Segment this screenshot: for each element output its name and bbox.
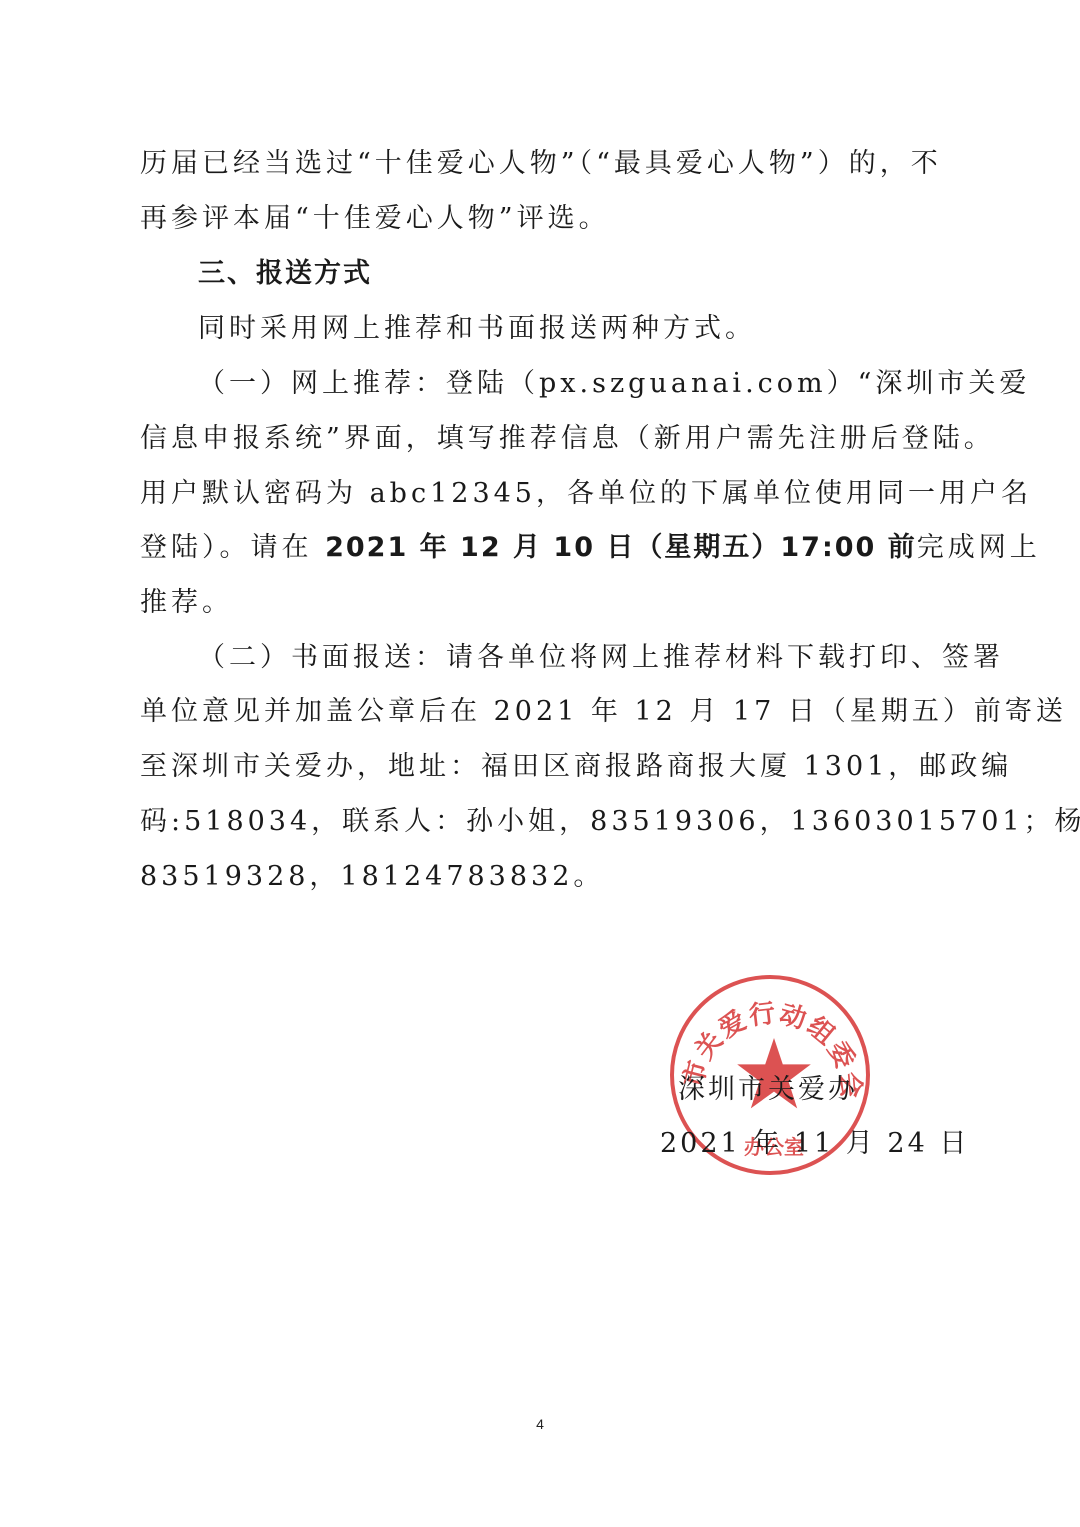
paragraph-line: 码:518034，联系人：孙小姐，83519306，13603015701；杨小… bbox=[140, 802, 940, 842]
paragraph-line: 登陆）。请在 2021 年 12 月 10 日（星期五）17:00 前完成网上 bbox=[140, 528, 940, 568]
paragraph-line: 至深圳市关爱办，地址：福田区商报路商报大厦 1301，邮政编 bbox=[140, 747, 940, 787]
paragraph-line: 信息申报系统”界面，填写推荐信息（新用户需先注册后登陆。 bbox=[140, 419, 940, 459]
signature-date: 2021 年 11 月 24 日 bbox=[660, 1124, 969, 1164]
document-page: 历届已经当选过“十佳爱心人物”（“最具爱心人物”）的，不 再参评本届“十佳爱心人… bbox=[0, 0, 1080, 1527]
text-segment: 登陆）。请在 bbox=[140, 532, 325, 563]
signature-org: 深圳市关爱办 bbox=[678, 1070, 858, 1110]
deadline-bold: 2021 年 12 月 10 日（星期五）17:00 前 bbox=[325, 532, 917, 563]
paragraph-line: 用户默认密码为 abc12345，各单位的下属单位使用同一用户名 bbox=[140, 474, 940, 514]
paragraph-line: 单位意见并加盖公章后在 2021 年 12 月 17 日（星期五）前寄送 bbox=[140, 692, 940, 732]
paragraph-line: 历届已经当选过“十佳爱心人物”（“最具爱心人物”）的，不 bbox=[140, 144, 940, 184]
text-segment: 完成网上 bbox=[917, 532, 1041, 563]
paragraph-line: 再参评本届“十佳爱心人物”评选。 bbox=[140, 199, 940, 239]
paragraph-line: 83519328，18124783832。 bbox=[140, 857, 940, 897]
paragraph-line: 同时采用网上推荐和书面报送两种方式。 bbox=[198, 309, 998, 349]
paragraph-line: （二）书面报送：请各单位将网上推荐材料下载打印、签署 bbox=[198, 638, 998, 678]
paragraph-line: 推荐。 bbox=[140, 583, 940, 623]
page-number: 4 bbox=[0, 1416, 1080, 1432]
section-heading: 三、报送方式 bbox=[198, 254, 998, 294]
paragraph-line: （一）网上推荐：登陆（px.szguanai.com）“深圳市关爱 bbox=[198, 364, 998, 404]
